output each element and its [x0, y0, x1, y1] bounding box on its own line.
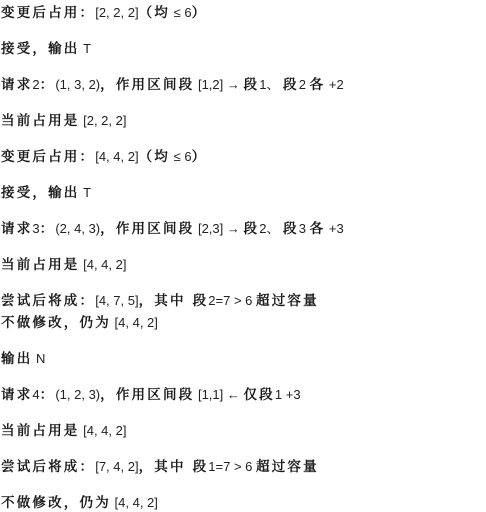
bold-label: （均 [139, 149, 170, 165]
text-line: 不做修改，仍为 [4, 4, 2] [1, 493, 158, 512]
value-text: [2, 2, 2] [95, 5, 138, 20]
text-line: 请求3：(2, 4, 3)，作用区间段 [2,3] → 段2、 段3 各 +3 [1, 219, 344, 239]
text-line: 变更后占用：[4, 4, 2]（均 ≤ 6） [1, 147, 207, 167]
bold-label: 段 [283, 221, 299, 237]
value-text: [4, 4, 2] [80, 257, 127, 272]
bold-label: 请求 [1, 77, 32, 93]
bold-label: ） [192, 149, 208, 165]
bold-label: ，作用区间段 [100, 387, 194, 403]
value-text: +3 [325, 221, 343, 236]
bold-label: ，其中 段 [139, 293, 209, 309]
value-text: [4, 4, 2] [95, 149, 138, 164]
value-text: [1,2] → [194, 77, 243, 92]
bold-label: ，其中 段 [139, 459, 209, 475]
bold-label: ： [40, 77, 56, 93]
text-line: 变更后占用：[2, 2, 2]（均 ≤ 6） [1, 3, 207, 23]
bold-label: 超过容量 [256, 459, 319, 475]
text-line: 请求4：(1, 2, 3)，作用区间段 [1,1] ← 仅段1 +3 [1, 385, 301, 405]
value-text: [2, 2, 2] [80, 113, 127, 128]
value-text: 2 [32, 77, 39, 92]
value-text: 2=7 > 6 [208, 293, 256, 308]
bold-label: 输出 [1, 351, 32, 367]
value-text: 3 [299, 221, 310, 236]
text-line: 输出 N [1, 349, 45, 369]
bold-label: 当前占用是 [1, 423, 80, 439]
bold-label: 尝试后将成： [1, 293, 95, 309]
value-text: (1, 2, 3) [55, 387, 100, 402]
bold-label: 当前占用是 [1, 257, 80, 273]
bold-label: 请求 [1, 221, 32, 237]
bold-label: ） [192, 5, 208, 21]
bold-label: 不做修改，仍为 [1, 495, 111, 511]
value-text: [4, 4, 2] [80, 423, 127, 438]
bold-label: 段 [283, 77, 299, 93]
value-text: [1,1] ← [194, 387, 243, 402]
value-text: [4, 4, 2] [111, 495, 158, 510]
text-line: 尝试后将成：[7, 4, 2]，其中 段1=7 > 6 超过容量 [1, 457, 319, 477]
bold-label: ： [40, 387, 56, 403]
text-line: 当前占用是 [4, 4, 2] [1, 255, 126, 275]
bold-label: 各 [310, 77, 326, 93]
value-text: N [32, 351, 45, 366]
value-text: 4 [32, 387, 39, 402]
text-line: 不做修改，仍为 [4, 4, 2] [1, 313, 158, 333]
value-text: [4, 7, 5] [95, 293, 138, 308]
text-line: 当前占用是 [4, 4, 2] [1, 421, 126, 441]
bold-label: ，作用区间段 [100, 221, 194, 237]
value-text: 3 [32, 221, 39, 236]
value-text: (2, 4, 3) [55, 221, 100, 236]
text-line: 尝试后将成：[4, 7, 5]，其中 段2=7 > 6 超过容量 [1, 291, 319, 311]
text-line: 接受，输出 T [1, 39, 91, 59]
bold-label: 请求 [1, 387, 32, 403]
value-text: +2 [325, 77, 343, 92]
bold-label: 接受，输出 [1, 185, 80, 201]
bold-label: 段 [243, 221, 259, 237]
text-line: 请求2：(1, 3, 2)，作用区间段 [1,2] → 段1、 段2 各 +2 [1, 75, 344, 95]
bold-label: 超过容量 [256, 293, 319, 309]
value-text: 1、 [259, 77, 283, 92]
bold-label: 当前占用是 [1, 113, 80, 129]
bold-label: 各 [310, 221, 326, 237]
value-text: (1, 3, 2) [55, 77, 100, 92]
bold-label: 不做修改，仍为 [1, 315, 111, 331]
bold-label: 变更后占用： [1, 5, 95, 21]
bold-label: 段 [243, 77, 259, 93]
text-line: 当前占用是 [2, 2, 2] [1, 111, 126, 131]
value-text: [7, 4, 2] [95, 459, 138, 474]
bold-label: 接受，输出 [1, 41, 80, 57]
bold-label: ： [40, 221, 56, 237]
value-text: T [80, 185, 92, 200]
value-text: [4, 4, 2] [111, 315, 158, 330]
value-text: ≤ 6 [170, 5, 192, 20]
value-text: ≤ 6 [170, 149, 192, 164]
bold-label: 仅段 [243, 387, 274, 403]
bold-label: 尝试后将成： [1, 459, 95, 475]
value-text: 1 +3 [275, 387, 301, 402]
value-text: 1=7 > 6 [208, 459, 256, 474]
bold-label: （均 [139, 5, 170, 21]
bold-label: 变更后占用： [1, 149, 95, 165]
text-line: 接受，输出 T [1, 183, 91, 203]
value-text: 2 [299, 77, 310, 92]
bold-label: ，作用区间段 [100, 77, 194, 93]
value-text: 2、 [259, 221, 283, 236]
value-text: T [80, 41, 92, 56]
value-text: [2,3] → [194, 221, 243, 236]
